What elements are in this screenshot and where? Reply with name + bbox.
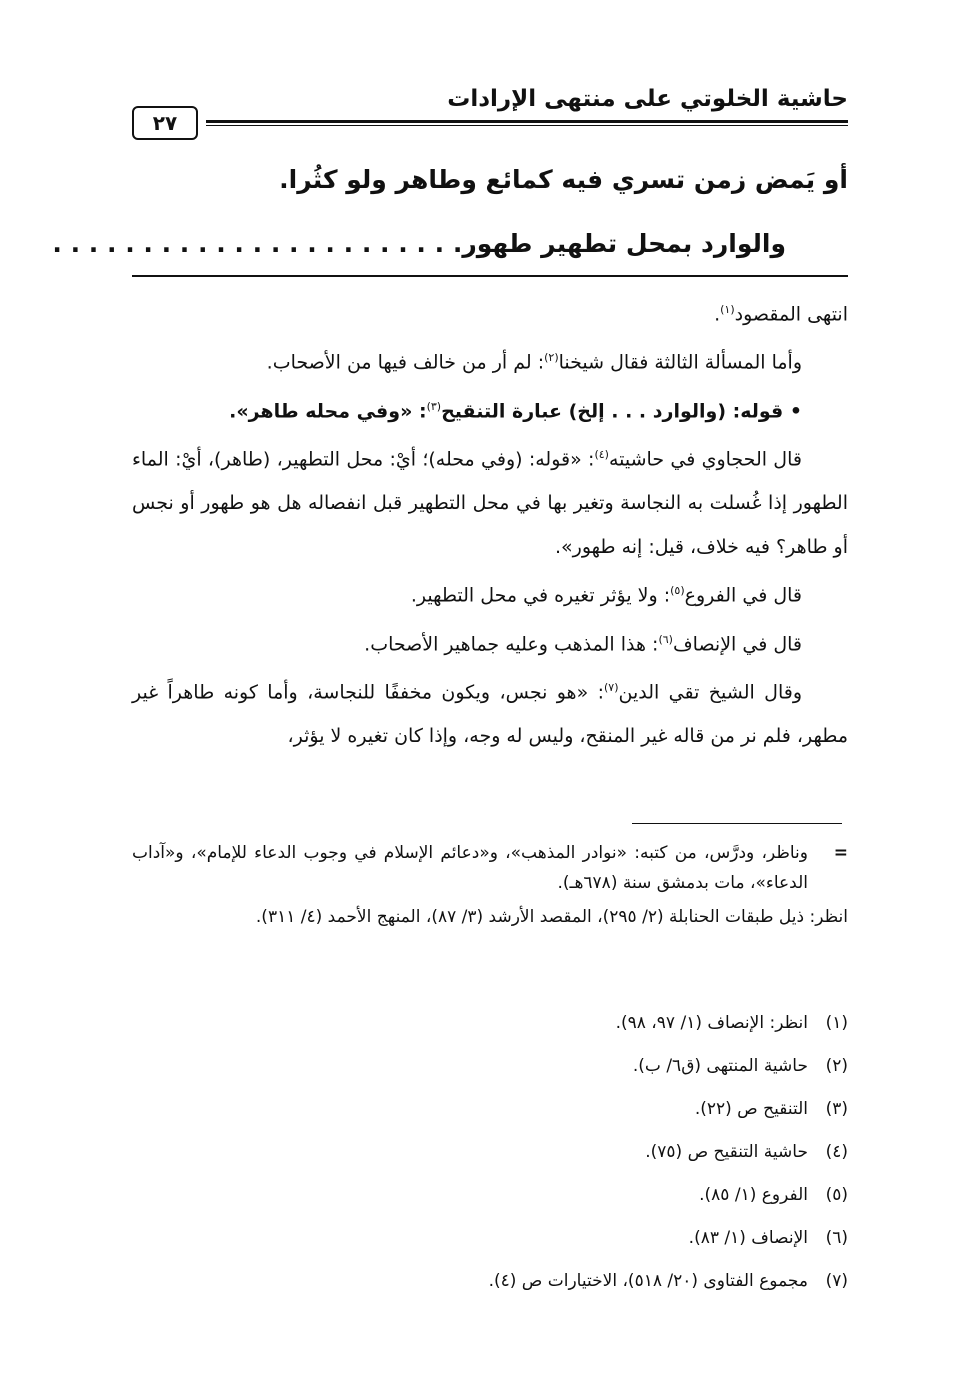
matn-line-2: والوارد بمحل تطهير طهور. . . . . . . . .… bbox=[132, 224, 848, 264]
continued-note-text-1: = وناظر، ودرَّس، من كتبه: «نوادر المذهب»… bbox=[132, 838, 848, 898]
footnote-7: (٧)مجموع الفتاوى (٢٠/ ٥١٨)، الاختيارات ص… bbox=[132, 1260, 848, 1303]
book-title: حاشية الخلوتي على منتهى الإرادات bbox=[447, 86, 848, 112]
footnote-ref-2[interactable]: (٢) bbox=[544, 351, 559, 364]
footnote-6: (٦)الإنصاف (١/ ٨٣). bbox=[132, 1217, 848, 1260]
paragraph-3: • قوله: (والوارد . . . إلخ) عبارة التنقي… bbox=[132, 385, 848, 433]
footnote-ref-6[interactable]: (٦) bbox=[658, 633, 673, 646]
paragraph-4: قال الحجاوي في حاشيته(٤): «قوله: (وفي مح… bbox=[132, 433, 848, 569]
footnote-ref-5[interactable]: (٥) bbox=[670, 584, 685, 597]
running-header: حاشية الخلوتي على منتهى الإرادات ٢٧ bbox=[132, 80, 848, 140]
footnote-ref-7[interactable]: (٧) bbox=[604, 681, 619, 694]
footnote-4: (٤)حاشية التنقيح ص (٧٥). bbox=[132, 1131, 848, 1174]
footnote-ref-3[interactable]: (٣) bbox=[427, 400, 442, 413]
paragraph-5: قال في الفروع(٥): ولا يؤثر تغيره في محل … bbox=[132, 569, 848, 617]
footnote-1: (١)انظر: الإنصاف (١/ ٩٧، ٩٨). bbox=[132, 1002, 848, 1045]
paragraph-6: قال في الإنصاف(٦): هذا المذهب وعليه جماه… bbox=[132, 618, 848, 666]
header-rule bbox=[206, 120, 848, 126]
paragraph-7: وقال الشيخ تقي الدين(٧): «هو نجس، ويكون … bbox=[132, 666, 848, 758]
continued-footnote: = وناظر، ودرَّس، من كتبه: «نوادر المذهب»… bbox=[132, 838, 848, 932]
matn-divider bbox=[132, 275, 848, 277]
footnotes-list: (١)انظر: الإنصاف (١/ ٩٧، ٩٨). (٢)حاشية ا… bbox=[132, 1002, 848, 1303]
footnote-5: (٥)الفروع (١/ ٨٥). bbox=[132, 1174, 848, 1217]
footnote-3: (٣)التنقيح ص (٢٢). bbox=[132, 1088, 848, 1131]
page-number: ٢٧ bbox=[132, 106, 198, 140]
continuation-marker: = bbox=[834, 838, 848, 868]
paragraph-2: وأما المسألة الثالثة فقال شيخنا(٢): لم أ… bbox=[132, 336, 848, 384]
commentary-body: انتهى المقصود(١). وأما المسألة الثالثة ف… bbox=[132, 288, 848, 758]
matn-text: أو يَمض زمن تسري فيه كمائع وطاهر ولو كثُ… bbox=[132, 160, 848, 288]
footnote-ref-4[interactable]: (٤) bbox=[594, 448, 609, 461]
footnote-2: (٢)حاشية المنتهى (ق٦/ ب). bbox=[132, 1045, 848, 1088]
footnote-separator bbox=[632, 823, 842, 824]
footnote-ref-1[interactable]: (١) bbox=[720, 303, 735, 316]
continued-note-text-2: انظر: ذيل طبقات الحنابلة (٢/ ٢٩٥)، المقص… bbox=[132, 902, 848, 932]
paragraph-1: انتهى المقصود(١). bbox=[132, 288, 848, 336]
matn-line-1: أو يَمض زمن تسري فيه كمائع وطاهر ولو كثُ… bbox=[132, 160, 848, 200]
